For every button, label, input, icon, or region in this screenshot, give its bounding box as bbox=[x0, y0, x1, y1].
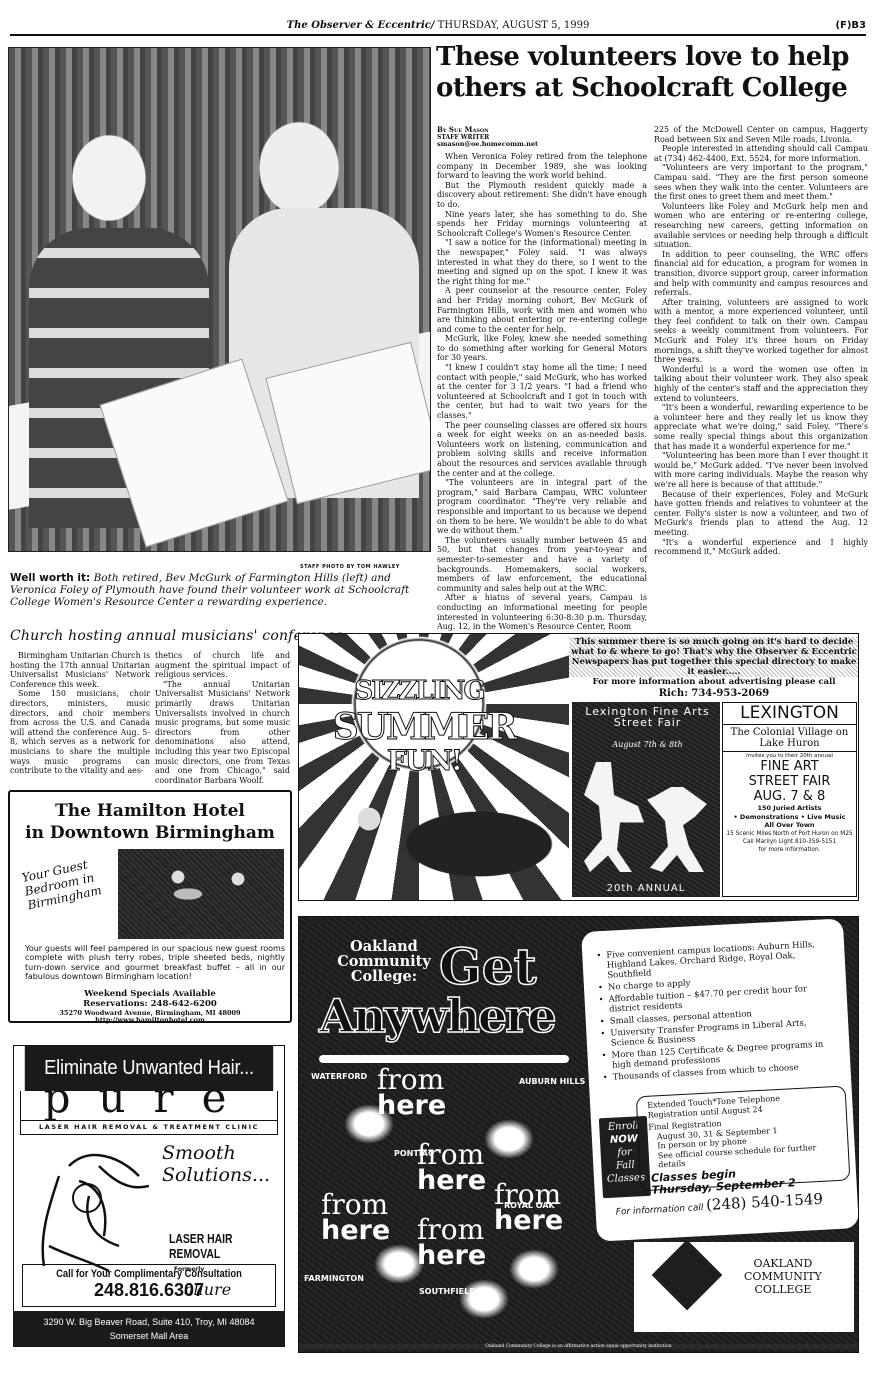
paragraph: McGurk, like Foley, knew she needed some… bbox=[437, 334, 647, 363]
lexington-event-l1: FINE ART bbox=[723, 759, 856, 774]
dancer-figure-icon bbox=[584, 762, 644, 872]
hotel-title-line-2: in Downtown Birmingham bbox=[10, 822, 290, 844]
paragraph: After training, volunteers are assigned … bbox=[654, 298, 868, 365]
pure-cta: Call for Your Complimentary Consultation bbox=[42, 1268, 256, 1280]
occ-benefits-list: Five convenient campus locations: Auburn… bbox=[581, 918, 851, 1084]
lexington-art-panel: Lexington Fine Arts Street Fair August 7… bbox=[572, 702, 720, 897]
paragraph: 225 of the McDowell Center on campus, Ha… bbox=[654, 125, 868, 144]
map-city-label: FARMINGTON bbox=[304, 1274, 364, 1283]
map-city-label: AUBURN HILLS bbox=[519, 1077, 585, 1086]
paragraph: A peer counselor at the resource center,… bbox=[437, 286, 647, 334]
masthead: The Observer & Eccentric/ THURSDAY, AUGU… bbox=[10, 18, 866, 36]
hotel-url-link[interactable]: http://www.hamiltonhotel.com bbox=[10, 1017, 290, 1024]
pure-banner: Eliminate Unwanted Hair... bbox=[25, 1046, 273, 1091]
occ-name: Oakland Community College: bbox=[329, 939, 439, 984]
enroll-now-word: NOW bbox=[610, 1133, 638, 1145]
pure-laser-ad: Eliminate Unwanted Hair... pure LASER HA… bbox=[13, 1045, 285, 1345]
here-word: here bbox=[417, 1170, 486, 1192]
paragraph: thetics of church life and augment the s… bbox=[155, 651, 290, 680]
article-headline: These volunteers love to help others at … bbox=[436, 42, 868, 104]
pure-clinic-label: LASER HAIR REMOVAL & TREATMENT CLINIC bbox=[20, 1121, 278, 1135]
lexington-artists: 150 Juried Artists bbox=[723, 804, 856, 813]
from-here-label: fromhere bbox=[417, 1144, 486, 1192]
occ-logo-line-2: COMMUNITY bbox=[744, 1270, 822, 1283]
paragraph: "The annual Unitarian Universalist Music… bbox=[155, 680, 290, 786]
location-marker-icon bbox=[459, 1279, 509, 1319]
map-city-label: WATERFORD bbox=[311, 1072, 367, 1081]
occ-info-panel: Five convenient campus locations: Auburn… bbox=[581, 918, 859, 1241]
lexington-anniversary: 20th ANNUAL bbox=[572, 883, 720, 894]
lexington-more: for more information. bbox=[723, 846, 856, 854]
paragraph: The volunteers usually number between 45… bbox=[437, 536, 647, 594]
paragraph: Nine years later, she has something to d… bbox=[437, 210, 647, 239]
church-column-1: Birmingham Unitarian Church is hosting t… bbox=[10, 651, 150, 776]
summer-contact: For more information about advertising p… bbox=[569, 677, 859, 699]
photo-credit: STAFF PHOTO BY TOM HAWLEY bbox=[300, 564, 400, 570]
photo-caption: Well worth it: Both retired, Bev McGurk … bbox=[10, 572, 430, 608]
summer-more-info: For more information about advertising p… bbox=[569, 677, 859, 688]
pure-consultation-box: Call for Your Complimentary Consultation… bbox=[22, 1264, 276, 1307]
pure-service: LASER HAIR REMOVAL bbox=[169, 1231, 261, 1261]
headline-line-1: These volunteers love to help bbox=[436, 42, 868, 73]
lexington-town: All Over Town bbox=[723, 821, 856, 830]
from-here-label: fromhere bbox=[321, 1194, 390, 1242]
summer-intro: This summer there is so much going on it… bbox=[569, 637, 859, 677]
pure-brand-logo: pure bbox=[20, 1091, 278, 1121]
occ-logo-block: OAKLAND COMMUNITY COLLEGE bbox=[634, 1242, 854, 1332]
paragraph: The peer counseling classes are offered … bbox=[437, 421, 647, 479]
occ-logo-line-1: OAKLAND bbox=[744, 1257, 822, 1270]
hotel-script-tagline: Your Guest Bedroom in Birmingham bbox=[21, 854, 113, 913]
paragraph: People interested in attending should ca… bbox=[654, 144, 868, 163]
hotel-address-block: 35270 Woodward Avenue, Birmingham, MI 48… bbox=[10, 1010, 290, 1024]
summer-word-fun: FUN! bbox=[369, 744, 479, 777]
occ-eeo-statement: Oakland Community College is an affirmat… bbox=[299, 1344, 858, 1349]
byline: By Sue Mason STAFF WRITER smason@oe.home… bbox=[437, 126, 647, 149]
church-column-2: thetics of church life and augment the s… bbox=[155, 651, 290, 785]
here-word: here bbox=[321, 1220, 390, 1242]
paragraph: Volunteers like Foley and McGurk help me… bbox=[654, 202, 868, 250]
hotel-bedroom-photo bbox=[118, 849, 284, 939]
hotel-ad-title: The Hamilton Hotel in Downtown Birmingha… bbox=[10, 800, 290, 844]
lexington-info-panel: LEXINGTON The Colonial Village on Lake H… bbox=[722, 702, 857, 897]
hotel-specials: Weekend Specials Available Reservations:… bbox=[10, 989, 290, 1009]
article-column-2: 225 of the McDowell Center on campus, Ha… bbox=[654, 125, 868, 557]
lexington-call: Call Marilyn Light 810-359-5151 bbox=[723, 838, 856, 846]
pure-phone: 248.816.6307 bbox=[23, 1280, 275, 1300]
occ-get: Get bbox=[439, 937, 537, 996]
embracing-figures-illustration bbox=[29, 1146, 149, 1276]
paragraph: "I knew I couldn't stay home all the tim… bbox=[437, 363, 647, 421]
paragraph: Birmingham Unitarian Church is hosting t… bbox=[10, 651, 150, 689]
paragraph: "The volunteers are in integral part of … bbox=[437, 478, 647, 536]
here-word: here bbox=[417, 1245, 486, 1267]
occ-info-label: For information call bbox=[616, 1203, 704, 1218]
paragraph: "Volunteers are very important to the pr… bbox=[654, 163, 868, 201]
hotel-reservations-phone: Reservations: 248-642-6200 bbox=[10, 999, 290, 1009]
paragraph: "Volunteering has been more than I ever … bbox=[654, 451, 868, 489]
hotel-ad-body: Your guests will feel pampered in our sp… bbox=[25, 944, 285, 981]
occ-info-phone: (248) 540-1549 bbox=[706, 1190, 824, 1214]
lexington-art-dates: August 7th & 8th bbox=[580, 740, 715, 749]
byline-email[interactable]: smason@oe.homecomm.net bbox=[437, 141, 647, 149]
church-headline: Church hosting annual musicians' confere… bbox=[10, 628, 343, 644]
issue-date: THURSDAY, AUGUST 5, 1999 bbox=[438, 20, 590, 31]
paragraph: Some 150 musicians, choir directors, min… bbox=[10, 689, 150, 775]
pure-tagline: Smooth Solutions... bbox=[162, 1142, 272, 1186]
location-marker-icon bbox=[484, 1119, 534, 1159]
summer-contact-phone: Rich: 734-953-2069 bbox=[569, 688, 859, 699]
dancer-figure-icon bbox=[647, 787, 707, 872]
hamilton-hotel-ad: The Hamilton Hotel in Downtown Birmingha… bbox=[8, 790, 292, 1023]
page-number: (F)B3 bbox=[835, 20, 866, 31]
paragraph: "It's a wonderful experience and I highl… bbox=[654, 538, 868, 557]
here-word: here bbox=[494, 1210, 563, 1232]
paragraph: "It's been a wonderful, rewarding experi… bbox=[654, 403, 868, 451]
pure-area: Somerset Mall Area bbox=[13, 1329, 285, 1343]
here-word: here bbox=[377, 1095, 446, 1117]
paper-name: The Observer & Eccentric/ bbox=[287, 20, 435, 31]
pure-address: 3290 W. Big Beaver Road, Suite 410, Troy… bbox=[13, 1315, 285, 1329]
occ-map: WATERFORD AUBURN HILLS PONTIAC ROYAL OAK… bbox=[299, 1069, 629, 1353]
hotel-title-line-1: The Hamilton Hotel bbox=[10, 800, 290, 822]
registration-box: Extended Touch*Tone Telephone Registrati… bbox=[636, 1085, 851, 1191]
divider bbox=[319, 1055, 569, 1063]
hotel-specials-line: Weekend Specials Available bbox=[10, 989, 290, 999]
lexington-features: • Demonstrations • Live Music bbox=[723, 813, 856, 822]
from-here-label: fromhere bbox=[494, 1184, 563, 1232]
occ-logo-name: OAKLAND COMMUNITY COLLEGE bbox=[744, 1257, 822, 1296]
summer-word-sizzling: SIZZLING bbox=[354, 676, 484, 706]
headline-line-2: others at Schoolcraft College bbox=[436, 73, 868, 104]
lexington-name: LEXINGTON bbox=[723, 703, 856, 725]
pure-address-bar: 3290 W. Big Beaver Road, Suite 410, Troy… bbox=[13, 1311, 285, 1347]
summer-word-summer: SUMMER bbox=[319, 706, 529, 748]
article-column-1: When Veronica Foley retired from the tel… bbox=[437, 152, 647, 632]
from-here-label: fromhere bbox=[377, 1069, 446, 1117]
sizzling-summer-ad: SIZZLING SUMMER FUN! This summer there i… bbox=[298, 633, 859, 901]
sun-illustration: SIZZLING SUMMER FUN! bbox=[299, 634, 569, 900]
paragraph: Wonderful is a word the women use often … bbox=[654, 365, 868, 403]
paragraph: But the Plymouth resident quickly made a… bbox=[437, 181, 647, 210]
occ-diamond-logo-icon bbox=[652, 1240, 723, 1311]
paragraph: "I saw a notice for the (informational) … bbox=[437, 238, 647, 286]
paragraph: In addition to peer counseling, the WRC … bbox=[654, 250, 868, 298]
occ-anywhere: Anywhere bbox=[319, 989, 555, 1043]
masthead-dateline: The Observer & Eccentric/ THURSDAY, AUGU… bbox=[10, 20, 866, 31]
paragraph: Because of their experiences, Foley and … bbox=[654, 490, 868, 538]
lexington-art-title: Lexington Fine Arts Street Fair bbox=[580, 706, 715, 728]
byline-name: By Sue Mason bbox=[437, 126, 647, 134]
lexington-event-l2: STREET FAIR bbox=[723, 774, 856, 789]
caption-lead: Well worth it: bbox=[10, 572, 90, 584]
occ-ad: Oakland Community College: Get Anywhere … bbox=[298, 916, 859, 1353]
paragraph: After a hiatus of several years, Campau … bbox=[437, 593, 647, 631]
lexington-location: 15 Scenic Miles North of Port Huron on M… bbox=[723, 830, 856, 838]
lexington-event-dates: AUG. 7 & 8 bbox=[723, 789, 856, 804]
lexington-subtitle: The Colonial Village on Lake Huron bbox=[723, 725, 856, 752]
occ-logo-line-3: COLLEGE bbox=[744, 1283, 822, 1296]
sunbather-illustration bbox=[329, 784, 559, 900]
location-marker-icon bbox=[509, 1249, 559, 1289]
from-here-label: fromhere bbox=[417, 1219, 486, 1267]
paragraph: When Veronica Foley retired from the tel… bbox=[437, 152, 647, 181]
feature-photo bbox=[8, 47, 431, 552]
